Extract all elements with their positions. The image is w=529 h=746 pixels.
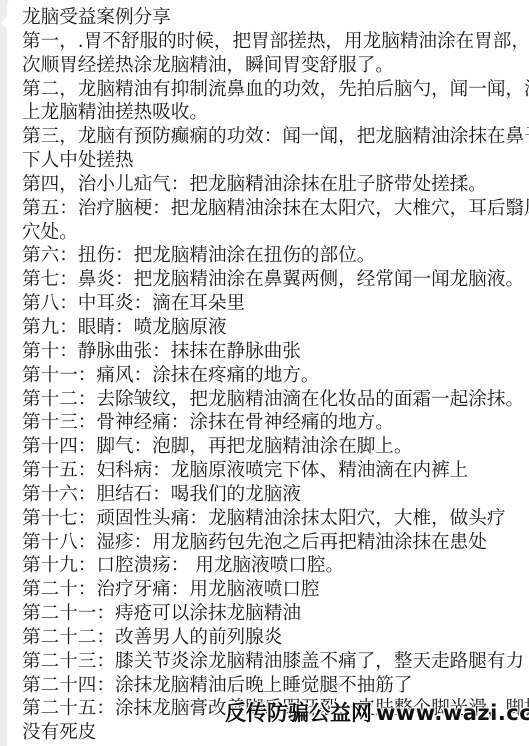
- message-line: 第十八：湿疹：用龙脑药包先泡之后再把精油涂抹在患处: [22, 531, 522, 555]
- message-line: 第十：静脉曲张：抹抹在静脉曲张: [22, 340, 522, 364]
- message-line: 第五：治疗脑梗：把龙脑精油涂抹在太阳穴，大椎穴，耳后翳风: [22, 197, 522, 221]
- message-line: 上龙脑精油搓热吸收。: [22, 101, 522, 125]
- message-line: 第二十二：改善男人的前列腺炎: [22, 626, 522, 650]
- message-line: 第十一：痛风：涂抹在疼痛的地方。: [22, 364, 522, 388]
- watermark-url: www.wazi.cc: [376, 701, 529, 725]
- message-text: 龙脑受益案例分享 第一，.胃不舒服的时候，把胃部搓热，用龙脑精油涂在胃部，在 次…: [22, 6, 522, 745]
- message-line: 第九：眼睛：喷龙脑原液: [22, 316, 522, 340]
- message-line: 第八：中耳炎：滴在耳朵里: [22, 292, 522, 316]
- message-line: 第十二：去除皱纹，把龙脑精油滴在化妆品的面霜一起涂抹。: [22, 388, 522, 412]
- message-line: 第二，龙脑精油有抑制流鼻血的功效，先拍后脑勺，闻一闻，涂: [22, 78, 522, 102]
- message-line: 第三，龙脑有预防癫痫的功效：闻一闻，把龙脑精油涂抹在鼻子: [22, 125, 522, 149]
- message-line: 次顺胃经搓热涂龙脑精油，瞬间胃变舒服了。: [22, 54, 522, 78]
- message-line: 下人中处搓热: [22, 149, 522, 173]
- message-line: 穴处。: [22, 221, 522, 245]
- message-line: 第一，.胃不舒服的时候，把胃部搓热，用龙脑精油涂在胃部，在: [22, 30, 522, 54]
- message-title: 龙脑受益案例分享: [22, 6, 522, 30]
- message-line: 第十六：胆结石：喝我们的龙脑液: [22, 483, 522, 507]
- message-line: 第七：鼻炎：把龙脑精油涂在鼻翼两侧，经常闻一闻龙脑液。: [22, 268, 522, 292]
- message-line: 第四，治小儿疝气：把龙脑精油涂抹在肚子脐带处搓揉。: [22, 173, 522, 197]
- message-line: 第二十：治疗牙痛：用龙脑液喷口腔: [22, 578, 522, 602]
- message-line: 第十九：口腔溃疡： 用龙脑液喷口腔。: [22, 554, 522, 578]
- watermark: 反传防骗公益网www.wazi.cc: [225, 700, 529, 726]
- message-line: 第六：扭伤：把龙脑精油涂在扭伤的部位。: [22, 244, 522, 268]
- message-line: 第十五：妇科病：龙脑原液喷完下体、精油滴在内裤上: [22, 459, 522, 483]
- message-line: 第十四：脚气：泡脚，再把龙脑精油涂在脚上。: [22, 435, 522, 459]
- message-line: 第十三：骨神经痛：涂抹在骨神经痛的地方。: [22, 411, 522, 435]
- message-line: 第二十四：涂抹龙脑精油后晚上睡觉腿不抽筋了: [22, 674, 522, 698]
- message-line: 第二十三：膝关节炎涂龙脑精油膝盖不痛了，整天走路腿有力: [22, 650, 522, 674]
- message-line: 第十七：顽固性头痛：龙脑精油涂抹太阳穴，大椎，做头疗: [22, 507, 522, 531]
- chat-area: 龙脑受益案例分享 第一，.胃不舒服的时候，把胃部搓热，用龙脑精油涂在胃部，在 次…: [0, 0, 529, 746]
- message-line: 第二十一：痔疮可以涂抹龙脑精油: [22, 602, 522, 626]
- watermark-label: 反传防骗公益网: [225, 701, 372, 725]
